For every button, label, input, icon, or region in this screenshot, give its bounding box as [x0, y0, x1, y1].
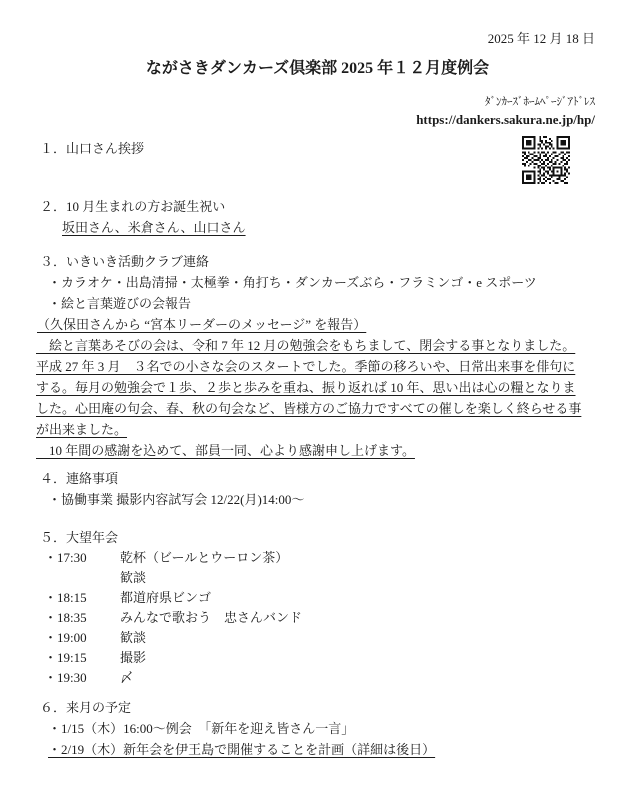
birthday-names: 坂田さん、米倉さん、山口さん [40, 217, 595, 238]
homepage-url: https://dankers.sakura.ne.jp/hp/ [40, 111, 595, 128]
notice-item: ・協働事業 撮影内容試写会 12/22(月)14:00～ [40, 489, 595, 510]
party-schedule: ・17:30乾杯（ビールとウーロン茶） 歓談 ・18:15都道府県ビンゴ ・18… [40, 548, 595, 688]
schedule-row: ・19:00歓談 [40, 628, 595, 648]
page-title: ながさきダンカーズ倶楽部 2025 年１２月度例会 [40, 58, 595, 80]
message-line: 絵と言葉あそびの会は、令和 7 年 12 月の勉強会をもちまして、閉会する事とな… [36, 338, 575, 353]
date-line: 2025 年 12 月 18 日 [40, 28, 595, 49]
birthday-names-text: 坂田さん、米倉さん、山口さん [62, 220, 246, 235]
schedule-time: ・19:30 [44, 668, 120, 688]
section-greeting-heading: １．山口さん挨拶 [40, 138, 595, 159]
schedule-row: 歓談 [40, 568, 595, 588]
document-page: 2025 年 12 月 18 日 ながさきダンカーズ倶楽部 2025 年１２月度… [0, 0, 618, 791]
schedule-time: ・18:15 [44, 588, 120, 608]
schedule-desc: 乾杯（ビールとウーロン茶） [120, 550, 288, 565]
schedule-row: ・17:30乾杯（ビールとウーロン茶） [40, 548, 595, 568]
message-line: が出来ました。 [36, 422, 127, 437]
club-report-line: ・絵と言葉遊びの会報告 [40, 293, 595, 314]
schedule-row: ・19:15撮影 [40, 648, 595, 668]
homepage-address-label: ﾀﾞﾝｶｰｽﾞﾎｰﾑﾍﾟｰｼﾞｱﾄﾞﾚｽ [40, 95, 595, 109]
schedule-time: ・18:35 [44, 608, 120, 628]
club-message: 絵と言葉あそびの会は、令和 7 年 12 月の勉強会をもちまして、閉会する事とな… [36, 335, 595, 461]
schedule-row: ・19:30〆 [40, 668, 595, 688]
section-birthday-heading: ２．10 月生まれの方お誕生祝い [40, 196, 595, 217]
schedule-time: ・19:00 [44, 628, 120, 648]
next-month-item-2: ・2/19（木）新年会を伊王島で開催することを計画（詳細は後日） [40, 739, 595, 760]
section-notices-heading: ４．連絡事項 [40, 468, 595, 489]
qr-code-icon [522, 136, 570, 184]
schedule-desc: みんなで歌おう 忠さんバンド [120, 610, 302, 625]
section-next-month-heading: ６．来月の予定 [40, 697, 595, 718]
club-report-note-text: （久保田さんから “宮本リーダーのメッセージ” を報告） [37, 317, 366, 332]
schedule-desc: 〆 [120, 670, 133, 685]
schedule-time: ・17:30 [44, 548, 120, 568]
message-line: する。毎月の勉強会で１歩、２歩と歩みを重ね、振り返れば 10 年、思い出は心の糧… [36, 380, 576, 395]
schedule-desc: 歓談 [120, 570, 146, 585]
message-line: 10 年間の感謝を込めて、部員一同、心より感謝申し上げます。 [36, 443, 415, 458]
next-month-item-2-text: ・2/19（木）新年会を伊王島で開催することを計画（詳細は後日） [48, 742, 435, 757]
schedule-time: ・19:15 [44, 648, 120, 668]
section-club-heading: ３．いきいき活動クラブ連絡 [40, 251, 595, 272]
schedule-desc: 都道府県ビンゴ [120, 590, 211, 605]
schedule-desc: 歓談 [120, 630, 146, 645]
message-line: 平成 27 年 3 月 ３名での小さな会のスタートでした。季節の移ろいや、日常出… [36, 359, 575, 374]
section-party-heading: ５．大望年会 [40, 527, 595, 548]
schedule-row: ・18:35みんなで歌おう 忠さんバンド [40, 608, 595, 628]
next-month-item-1: ・1/15（木）16:00～例会 「新年を迎え皆さん一言」 [40, 718, 595, 739]
club-list-line: ・カラオケ・出島清掃・太極拳・角打ち・ダンカーズぶら・フラミンゴ・e スポーツ [40, 272, 595, 293]
schedule-desc: 撮影 [120, 650, 146, 665]
club-report-note: （久保田さんから “宮本リーダーのメッセージ” を報告） [37, 314, 595, 335]
message-line: した。心田庵の句会、春、秋の句会など、皆様方のご協力ですべての催しを楽しく終らせ… [36, 401, 581, 416]
schedule-row: ・18:15都道府県ビンゴ [40, 588, 595, 608]
